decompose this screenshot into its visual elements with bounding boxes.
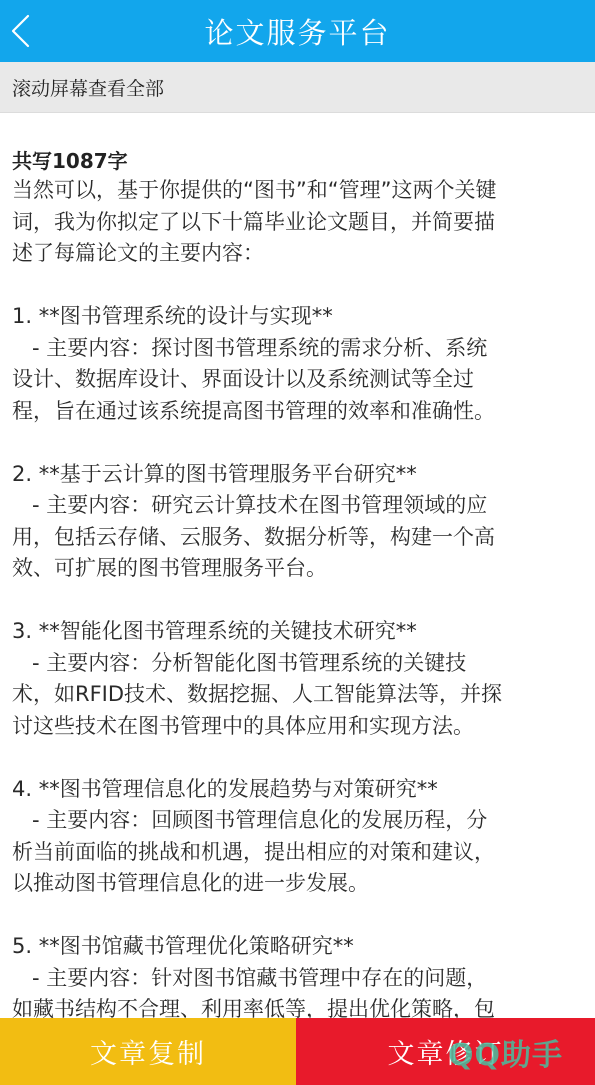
word-count-label: 共写1087字 — [12, 147, 583, 175]
thesis-item-4: 4. **图书管理信息化的发展趋势与对策研究** - 主要内容：回顾图书管理信息… — [12, 774, 583, 900]
copy-article-button[interactable]: 文章复制 — [0, 1018, 296, 1085]
article-content[interactable]: 共写1087字 当然可以，基于你提供的“图书”和“管理”这两个关键 词，我为你拟… — [0, 113, 595, 1018]
app-screen: 论文服务平台 滚动屏幕查看全部 共写1087字 当然可以，基于你提供的“图书”和… — [0, 0, 595, 1085]
thesis-item-5: 5. **图书馆藏书管理优化策略研究** - 主要内容：针对图书馆藏书管理中存在… — [12, 931, 583, 1018]
spacer — [12, 585, 583, 617]
chevron-left-icon — [8, 10, 38, 52]
thesis-desc-line: 效、可扩展的图书管理服务平台。 — [12, 553, 583, 585]
thesis-desc-line: 如藏书结构不合理、利用率低等，提出优化策略，包 — [12, 994, 583, 1018]
thesis-title: 1. **图书管理系统的设计与实现** — [12, 301, 583, 333]
thesis-desc-line: 讨这些技术在图书管理中的具体应用和实现方法。 — [12, 711, 583, 743]
thesis-item-2: 2. **基于云计算的图书管理服务平台研究** - 主要内容：研究云计算技术在图… — [12, 459, 583, 585]
thesis-desc-line: 术，如RFID技术、数据挖掘、人工智能算法等，并探 — [12, 679, 583, 711]
thesis-desc-line: - 主要内容：回顾图书管理信息化的发展历程，分 — [12, 805, 583, 837]
thesis-desc-line: 以推动图书管理信息化的进一步发展。 — [12, 868, 583, 900]
thesis-title: 5. **图书馆藏书管理优化策略研究** — [12, 931, 583, 963]
spacer — [12, 742, 583, 774]
thesis-desc-line: - 主要内容：针对图书馆藏书管理中存在的问题， — [12, 963, 583, 995]
thesis-title: 2. **基于云计算的图书管理服务平台研究** — [12, 459, 583, 491]
thesis-desc-line: - 主要内容：探讨图书管理系统的需求分析、系统 — [12, 333, 583, 365]
thesis-item-3: 3. **智能化图书管理系统的关键技术研究** - 主要内容：分析智能化图书管理… — [12, 616, 583, 742]
intro-line: 述了每篇论文的主要内容： — [12, 238, 583, 270]
spacer — [12, 900, 583, 932]
thesis-desc-line: 设计、数据库设计、界面设计以及系统测试等全过 — [12, 364, 583, 396]
back-button[interactable] — [8, 10, 38, 52]
thesis-desc-line: 析当前面临的挑战和机遇，提出相应的对策和建议， — [12, 837, 583, 869]
revise-article-button[interactable]: 文章修订 — [296, 1018, 595, 1085]
thesis-item-1: 1. **图书管理系统的设计与实现** - 主要内容：探讨图书管理系统的需求分析… — [12, 301, 583, 427]
thesis-desc-line: - 主要内容：研究云计算技术在图书管理领域的应 — [12, 490, 583, 522]
page-title: 论文服务平台 — [204, 11, 390, 52]
thesis-desc-line: 程，旨在通过该系统提高图书管理的效率和准确性。 — [12, 396, 583, 428]
intro-line: 词，我为你拟定了以下十篇毕业论文题目，并简要描 — [12, 207, 583, 239]
spacer — [12, 427, 583, 459]
scroll-hint-text: 滚动屏幕查看全部 — [12, 74, 164, 101]
thesis-desc-line: - 主要内容：分析智能化图书管理系统的关键技 — [12, 648, 583, 680]
intro-line: 当然可以，基于你提供的“图书”和“管理”这两个关键 — [12, 175, 583, 207]
thesis-title: 3. **智能化图书管理系统的关键技术研究** — [12, 616, 583, 648]
thesis-desc-line: 用，包括云存储、云服务、数据分析等，构建一个高 — [12, 522, 583, 554]
bottom-action-bar: 文章复制 文章修订 — [0, 1018, 595, 1085]
top-nav-bar: 论文服务平台 — [0, 0, 595, 62]
scroll-hint-bar: 滚动屏幕查看全部 — [0, 62, 595, 113]
spacer — [12, 270, 583, 302]
thesis-title: 4. **图书管理信息化的发展趋势与对策研究** — [12, 774, 583, 806]
